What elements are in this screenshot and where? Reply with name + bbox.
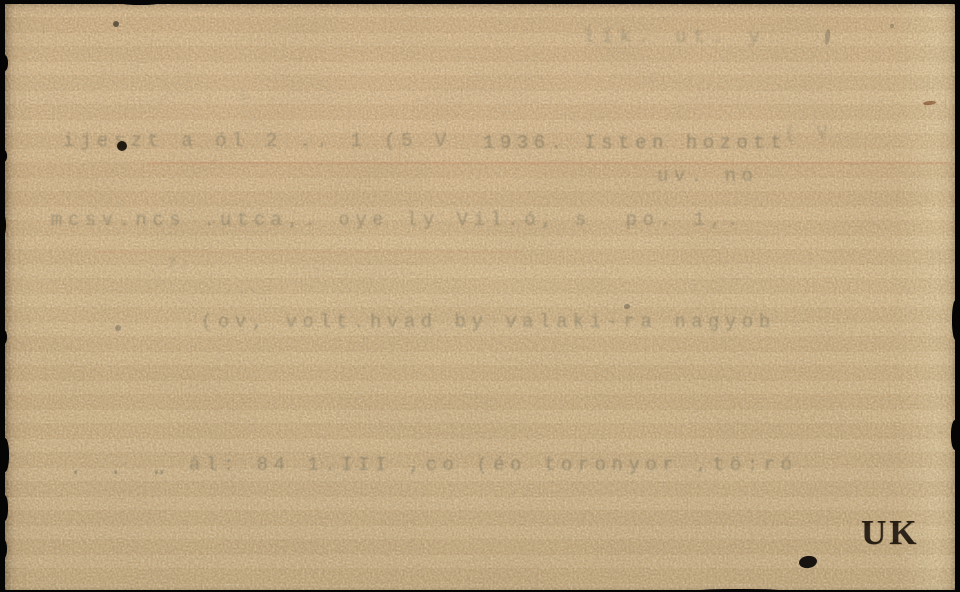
scan-edge-blob	[951, 420, 960, 450]
scan-edge-layer	[0, 0, 960, 592]
scan-edge-blob	[0, 330, 7, 344]
scan-edge-blob	[0, 438, 9, 472]
scan-edge-blob	[120, 0, 160, 5]
scan-edge-blob	[0, 215, 6, 235]
scanned-card: lik. ut. y, ., sijeszt a ól 2 .. 1 (5 V1…	[0, 0, 960, 592]
scan-edge-blob	[400, 0, 460, 4]
scan-edge-blob	[952, 300, 960, 340]
scan-edge-blob	[0, 495, 8, 521]
scan-edge-blob	[0, 150, 7, 162]
scan-edge-blob	[0, 540, 7, 558]
scan-edge-blob	[0, 55, 8, 71]
